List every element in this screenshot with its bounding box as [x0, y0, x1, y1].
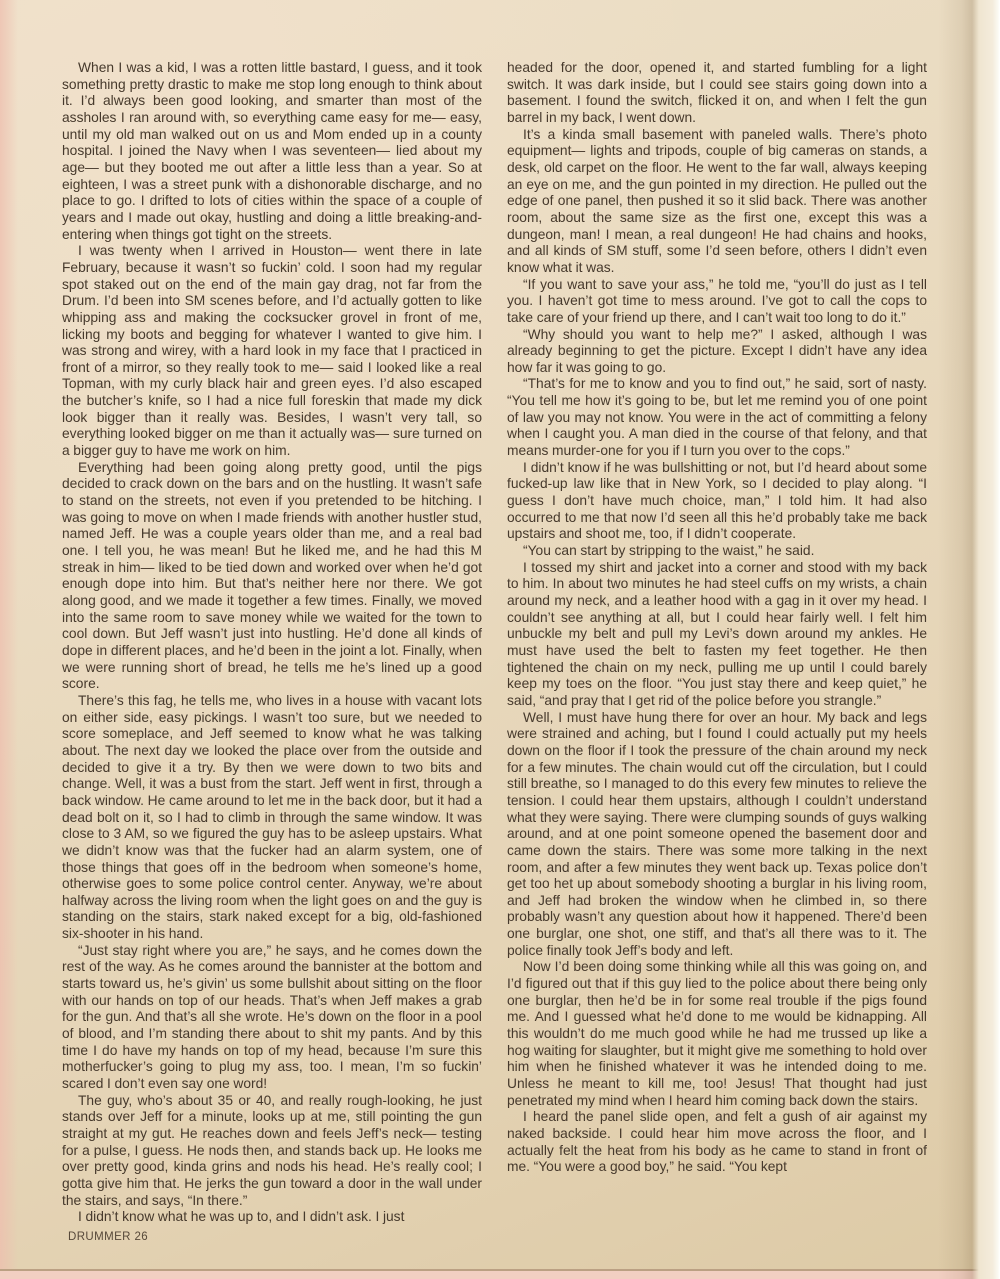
paragraph: “If you want to save your ass,” he told … — [507, 277, 927, 327]
paragraph: When I was a kid, I was a rotten little … — [62, 60, 482, 243]
paragraph: The guy, who’s about 35 or 40, and reall… — [62, 1093, 482, 1210]
paragraph: Everything had been going along pretty g… — [62, 460, 482, 693]
paragraph: “That’s for me to know and you to find o… — [507, 376, 927, 459]
page-footer-folio: DRUMMER 26 — [68, 1231, 148, 1243]
text-column-left: When I was a kid, I was a rotten little … — [62, 60, 482, 1226]
paragraph: Now I’d been doing some thinking while a… — [507, 959, 927, 1109]
paragraph: “Why should you want to help me?” I aske… — [507, 327, 927, 377]
paragraph: I didn’t know if he was bullshitting or … — [507, 460, 927, 543]
paragraph: “Just stay right where you are,” he says… — [62, 943, 482, 1093]
paragraph: Well, I must have hung there for over an… — [507, 710, 927, 960]
paragraph: There’s this fag, he tells me, who lives… — [62, 693, 482, 943]
paragraph: It’s a kinda small basement with paneled… — [507, 127, 927, 277]
text-column-right: headed for the door, opened it, and star… — [507, 60, 927, 1226]
paragraph: I heard the panel slide open, and felt a… — [507, 1109, 927, 1176]
page-curl-right-edge — [938, 0, 1000, 1279]
paragraph: I was twenty when I arrived in Houston— … — [62, 243, 482, 460]
story-text: When I was a kid, I was a rotten little … — [62, 60, 927, 1226]
paragraph: headed for the door, opened it, and star… — [507, 60, 927, 127]
magazine-page: When I was a kid, I was a rotten little … — [0, 0, 1000, 1279]
scan-left-edge — [0, 0, 18, 1279]
paragraph: I didn’t know what he was up to, and I d… — [62, 1209, 482, 1226]
paragraph: I tossed my shirt and jacket into a corn… — [507, 560, 927, 710]
scan-bottom-edge — [0, 1269, 1000, 1279]
paragraph: “You can start by stripping to the waist… — [507, 543, 927, 560]
